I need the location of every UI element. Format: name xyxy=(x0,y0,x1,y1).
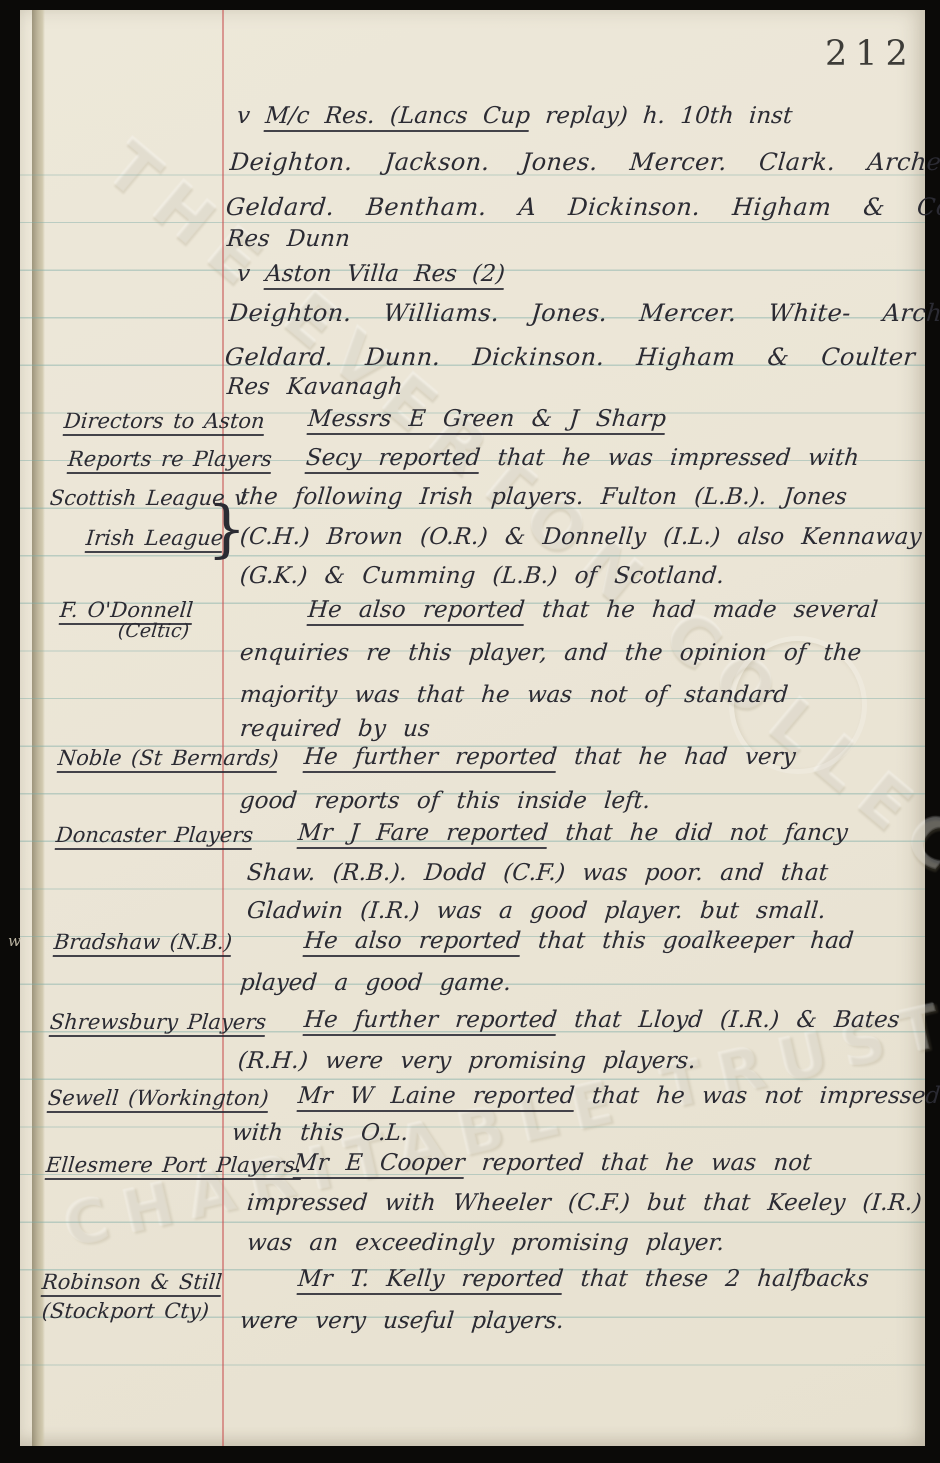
ruled-lines xyxy=(20,128,925,1368)
handwritten-line: w xyxy=(8,932,21,950)
scanned-minute-book-photo: THE EVERTON COLLECTION CHARITABLE TRUST … xyxy=(0,0,940,1463)
ledger-page: THE EVERTON COLLECTION CHARITABLE TRUST … xyxy=(20,10,925,1446)
page-number: 212 xyxy=(825,34,916,74)
margin-rule-line xyxy=(222,10,224,1446)
line-segment-rest: w xyxy=(8,932,21,950)
